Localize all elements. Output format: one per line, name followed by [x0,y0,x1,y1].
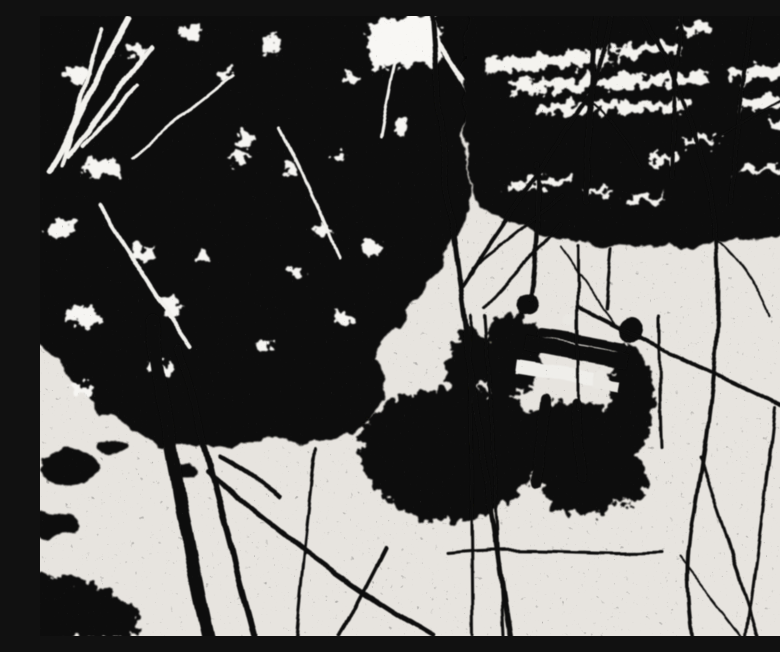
photo-canvas: high-contrast grainy monochrome halftone… [40,16,780,636]
historical-photograph: Grainy black-and-white photograph taken … [40,16,780,636]
film-grain [40,16,780,636]
